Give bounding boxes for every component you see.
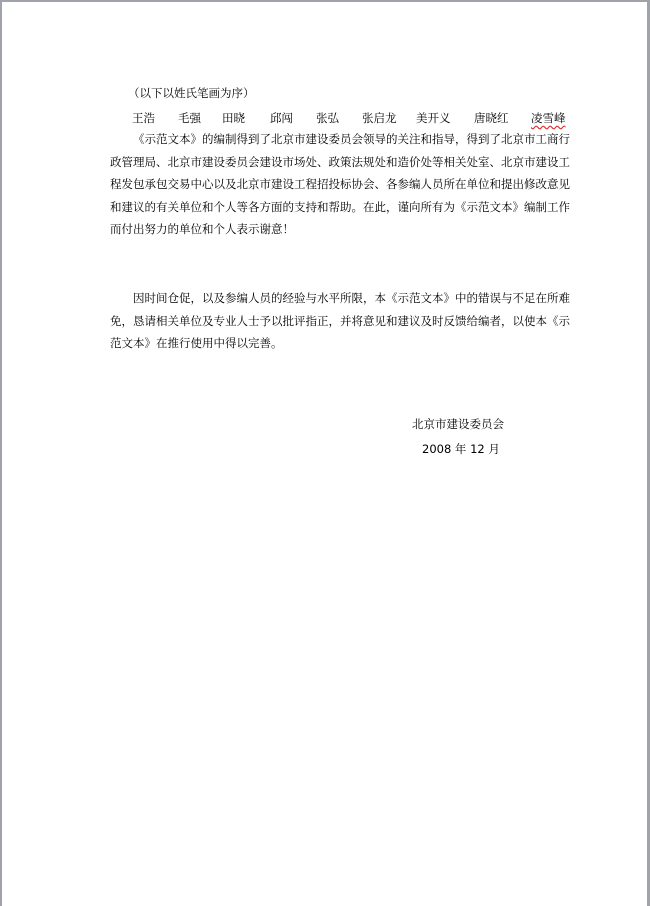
contributor-name: 田晓 — [222, 110, 245, 126]
contributor-name: 王浩 — [132, 110, 155, 126]
paragraph-line: 范文本》在推行使用中得以完善。 — [110, 332, 572, 355]
paragraph-line: 因时间仓促，以及参编人员的经验与水平所限，本《示范文本》中的错误与不足在所难 — [110, 287, 572, 310]
paragraph-line: 而付出努力的单位和个人表示谢意！ — [110, 218, 572, 241]
contributor-name-spellcheck-flagged: 凌雪峰 — [531, 110, 566, 126]
contributor-name: 毛强 — [178, 110, 201, 126]
paragraph-line: 《示范文本》的编制得到了北京市建设委员会领导的关注和指导，得到了北京市工商行 — [110, 128, 572, 151]
paragraph-line: 程发包承包交易中心以及北京市建设工程招投标协会、各参编人员所在单位和提出修改意见 — [110, 173, 572, 196]
contributor-name: 张启龙 — [362, 110, 397, 126]
contributor-name: 张弘 — [316, 110, 339, 126]
acknowledgement-paragraph: 《示范文本》的编制得到了北京市建设委员会领导的关注和指导，得到了北京市工商行 政… — [110, 128, 572, 241]
signature-organization: 北京市建设委员会 — [412, 416, 504, 432]
ordering-note: （以下以姓氏笔画为序） — [128, 86, 255, 100]
contributor-name: 美开义 — [416, 110, 451, 126]
paragraph-line: 免，恳请相关单位及专业人士予以批评指正，并将意见和建议及时反馈给编者，以使本《示 — [110, 310, 572, 333]
disclaimer-paragraph: 因时间仓促，以及参编人员的经验与水平所限，本《示范文本》中的错误与不足在所难 免… — [110, 287, 572, 355]
paragraph-line: 和建议的有关单位和个人等各方面的支持和帮助。在此，谨向所有为《示范文本》编制工作 — [110, 196, 572, 219]
contributor-name: 邱闯 — [270, 110, 293, 126]
contributor-name: 唐晓红 — [474, 110, 509, 126]
signature-date: 2008 年 12 月 — [422, 441, 500, 457]
paragraph-line: 政管理局、北京市建设委员会建设市场处、政策法规处和造价处等相关处室、北京市建设工 — [110, 151, 572, 174]
